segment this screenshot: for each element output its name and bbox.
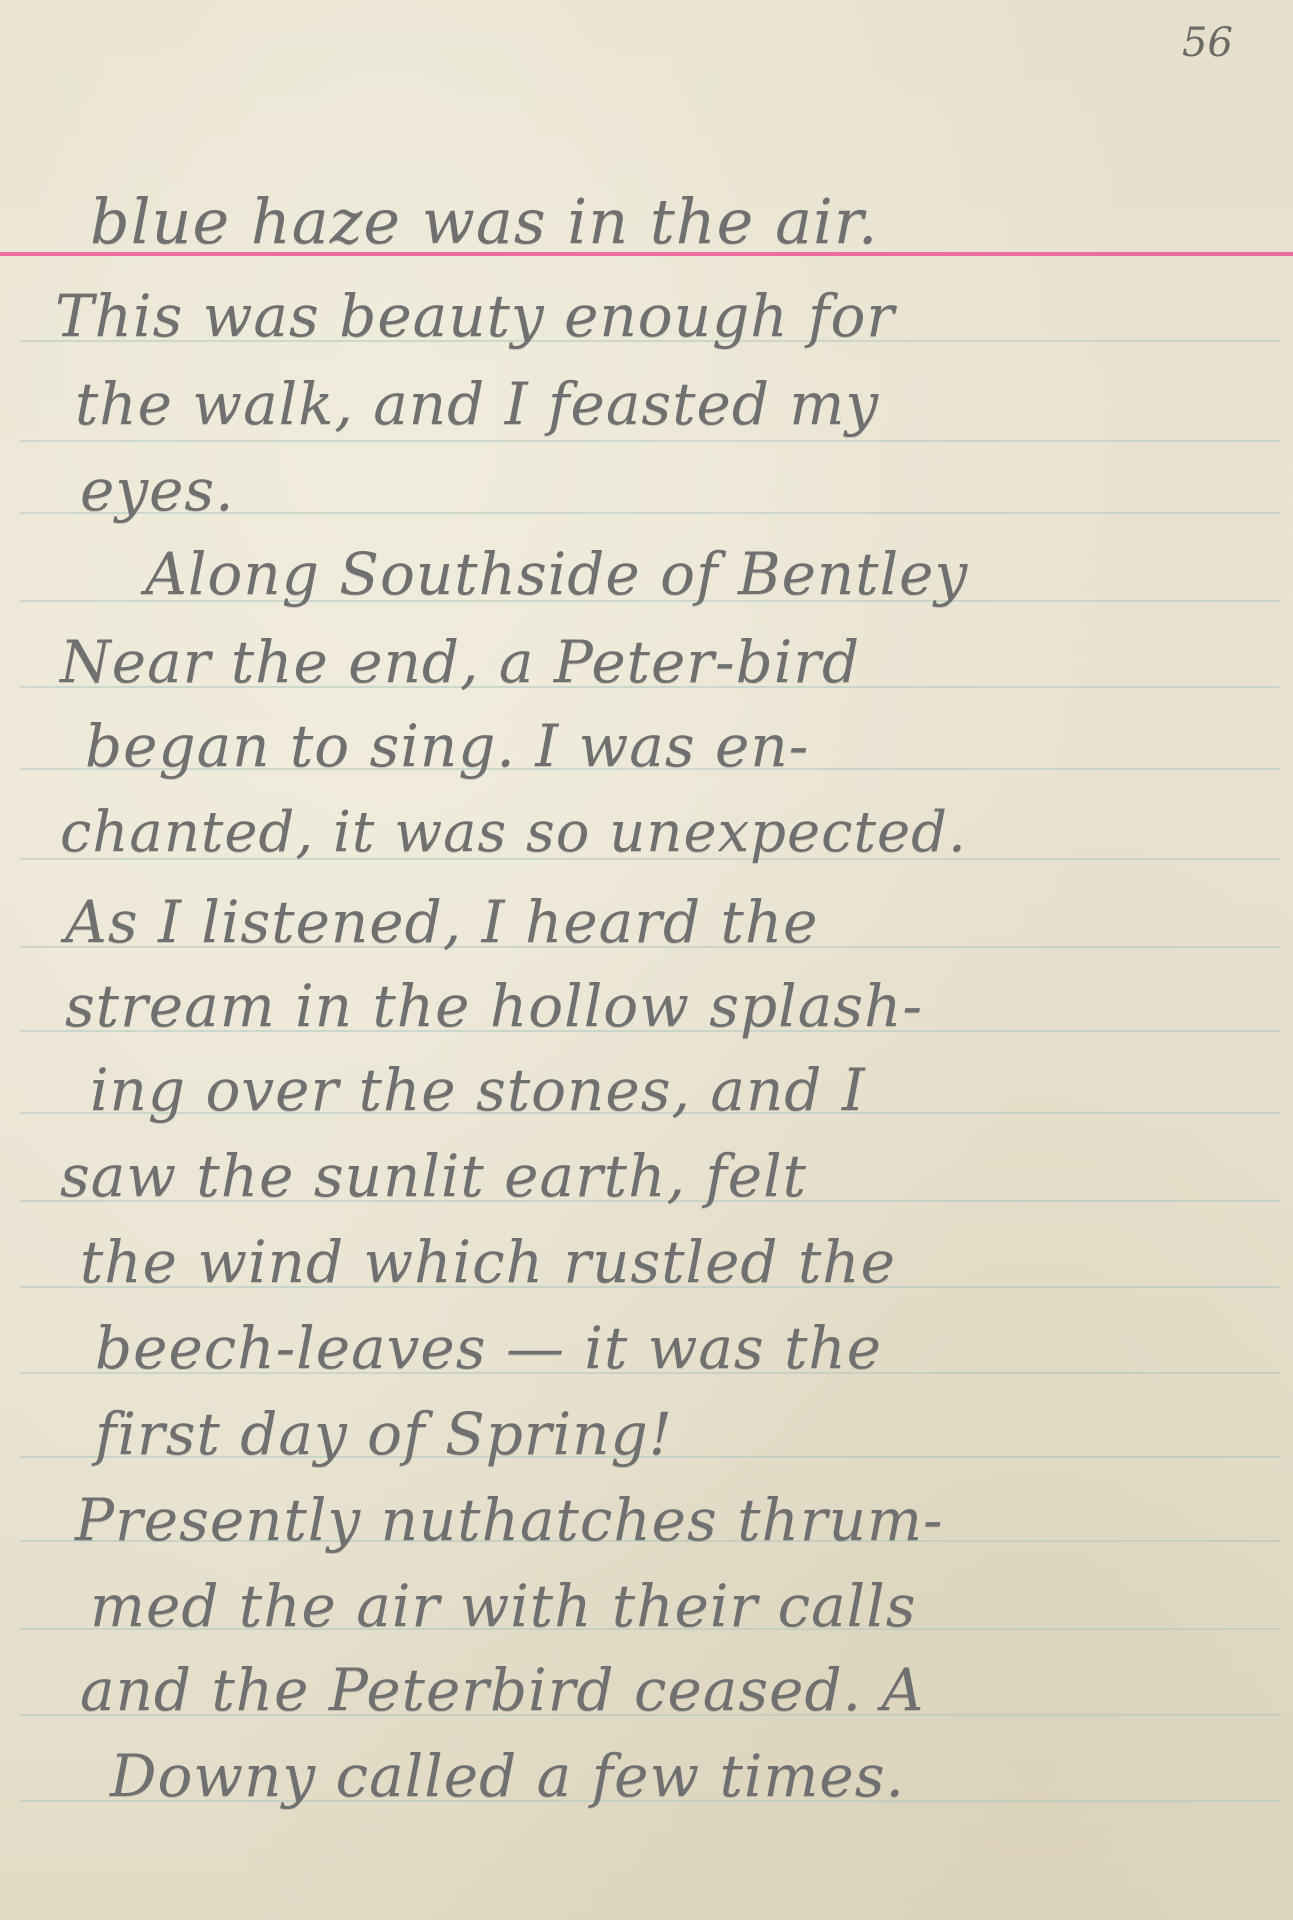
text-line: blue haze was in the air. (90, 185, 878, 258)
text-line: med the air with their calls (90, 1572, 917, 1640)
text-line: first day of Spring! (95, 1400, 673, 1468)
text-line: beech-leaves — it was the (95, 1314, 882, 1382)
text-line: stream in the hollow splash- (65, 972, 923, 1040)
text-line: As I listened, I heard the (65, 888, 819, 956)
text-line: Along Southside of Bentley (145, 540, 968, 608)
text-line: ing over the stones, and I (90, 1056, 866, 1124)
text-line: began to sing. I was en- (85, 712, 809, 780)
text-line: the wind which rustled the (80, 1228, 896, 1296)
text-line: chanted, it was so unexpected. (60, 800, 967, 865)
text-line: the walk, and I feasted my (75, 370, 879, 438)
text-line: Near the end, a Peter-bird (60, 628, 860, 696)
text-line: eyes. (80, 456, 235, 524)
text-line: This was beauty enough for (55, 282, 895, 350)
page-number: 56 (1182, 20, 1233, 66)
text-line: Downy called a few times. (110, 1742, 905, 1810)
notebook-page: 56 blue haze was in the air. This was be… (0, 0, 1293, 1920)
text-line: and the Peterbird ceased. A (80, 1656, 924, 1724)
text-line: Presently nuthatches thrum- (75, 1486, 944, 1554)
ruled-line (20, 440, 1280, 442)
text-line: saw the sunlit earth, felt (60, 1142, 807, 1210)
